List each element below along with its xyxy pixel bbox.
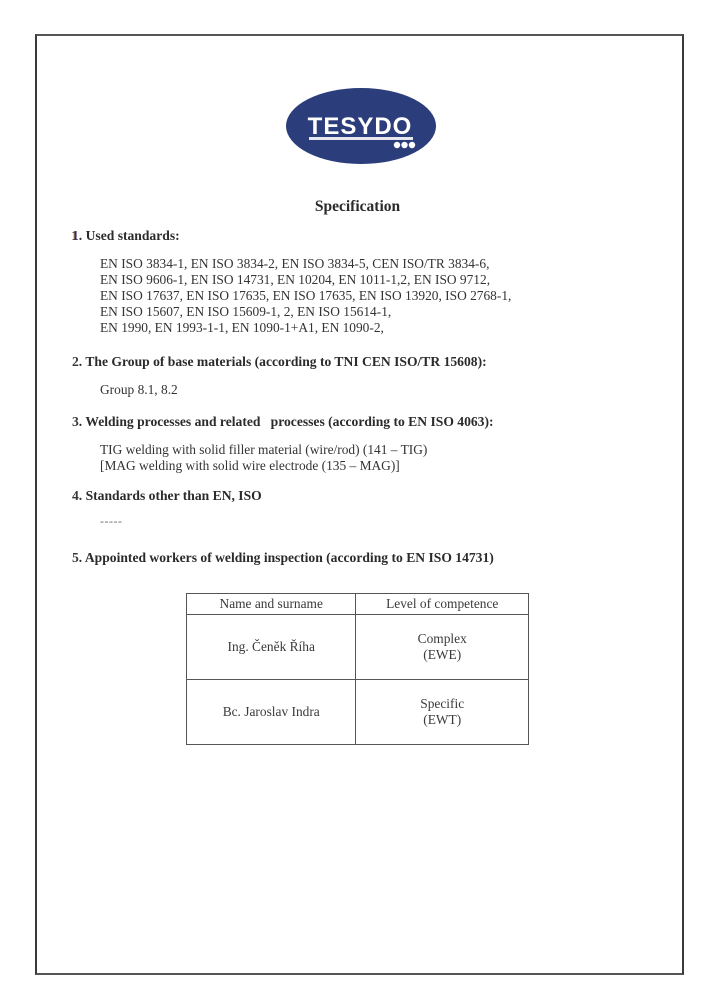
section-number-icon: 1 <box>72 228 79 244</box>
worker-name: Ing. Čeněk Říha <box>187 615 356 680</box>
section-heading-appointed-workers: 5. Appointed workers of welding inspecti… <box>72 550 494 566</box>
column-header-level: Level of competence <box>356 594 529 615</box>
document-title: Specification <box>0 198 707 216</box>
tesydo-logo: TESYDO <box>285 87 437 165</box>
table-header-row: Name and surname Level of competence <box>187 594 529 615</box>
table-row: Bc. Jaroslav Indra Specific (EWT) <box>187 680 529 745</box>
other-standards-placeholder: ----- <box>100 514 122 529</box>
table-row: Ing. Čeněk Říha Complex (EWE) <box>187 615 529 680</box>
section-number-icon: 4 <box>72 488 79 504</box>
svg-text:TESYDO: TESYDO <box>308 113 413 140</box>
section-number-icon: 2 <box>72 354 79 370</box>
column-header-name: Name and surname <box>187 594 356 615</box>
section-heading-used-standards: 1. Used standards: <box>72 228 180 244</box>
worker-name: Bc. Jaroslav Indra <box>187 680 356 745</box>
used-standards-list: EN ISO 3834-1, EN ISO 3834-2, EN ISO 383… <box>100 256 511 336</box>
section-heading-base-materials: 2. The Group of base materials (accordin… <box>72 354 487 370</box>
page-border-frame <box>35 34 684 975</box>
base-materials-group: Group 8.1, 8.2 <box>100 382 178 398</box>
welding-processes-list: TIG welding with solid filler material (… <box>100 442 427 474</box>
section-heading-other-standards: 4. Standards other than EN, ISO <box>72 488 262 504</box>
worker-competence: Specific (EWT) <box>356 680 529 745</box>
appointed-workers-table: Name and surname Level of competence Ing… <box>186 593 529 745</box>
worker-competence: Complex (EWE) <box>356 615 529 680</box>
section-heading-welding-processes: 3. Welding processes and related process… <box>72 414 494 430</box>
section-number-icon: 5 <box>72 550 79 566</box>
section-number-icon: 3 <box>72 414 79 430</box>
